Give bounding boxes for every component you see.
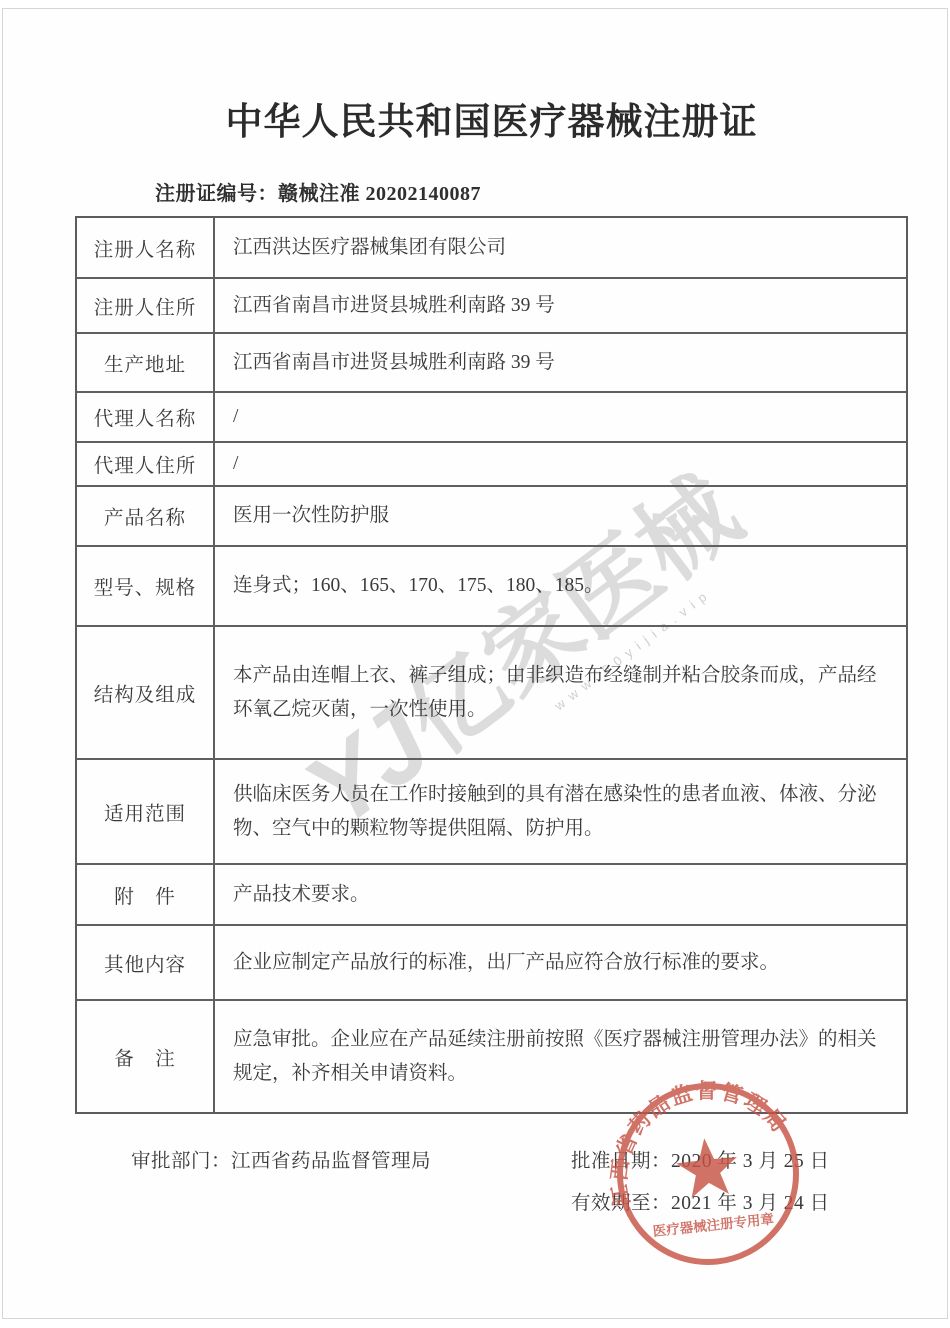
row-attachment: 附 件 产品技术要求。 xyxy=(77,865,906,926)
field-label: 代理人住所 xyxy=(77,443,215,485)
field-label: 注册人住所 xyxy=(77,279,215,332)
field-label: 附 件 xyxy=(77,865,215,924)
field-value: 医用一次性防护服 xyxy=(215,487,906,545)
field-value: / xyxy=(215,443,906,485)
row-model-spec: 型号、规格 连身式；160、165、170、175、180、185。 xyxy=(77,547,906,627)
field-value: 本产品由连帽上衣、裤子组成；由非织造布经缝制并粘合胶条而成，产品经环氧乙烷灭菌，… xyxy=(215,627,906,758)
certificate-page: 中华人民共和国医疗器械注册证 注册证编号：赣械注准 20202140087 YJ… xyxy=(2,8,948,1319)
field-label: 型号、规格 xyxy=(77,547,215,625)
field-value: 产品技术要求。 xyxy=(215,865,906,924)
field-label: 备 注 xyxy=(77,1001,215,1112)
row-scope-of-application: 适用范围 供临床医务人员在工作时接触到的具有潜在感染性的患者血液、体液、分泌物、… xyxy=(77,760,906,865)
field-label: 注册人名称 xyxy=(77,218,215,277)
official-seal: 江西省药品监督管理局 医疗器械注册专用章 xyxy=(594,1060,823,1289)
field-value: 供临床医务人员在工作时接触到的具有潜在感染性的患者血液、体液、分泌物、空气中的颗… xyxy=(215,760,906,863)
field-value: 江西省南昌市进贤县城胜利南路 39 号 xyxy=(215,279,906,332)
registration-number-value: 赣械注准 20202140087 xyxy=(278,183,481,205)
field-value: 江西洪达医疗器械集团有限公司 xyxy=(215,218,906,277)
row-production-address: 生产地址 江西省南昌市进贤县城胜利南路 39 号 xyxy=(77,334,906,393)
field-label: 产品名称 xyxy=(77,487,215,545)
field-value: / xyxy=(215,393,906,441)
field-label: 生产地址 xyxy=(77,334,215,391)
row-other-content: 其他内容 企业应制定产品放行的标准，出厂产品应符合放行标准的要求。 xyxy=(77,926,906,1001)
certificate-table: 注册人名称 江西洪达医疗器械集团有限公司 注册人住所 江西省南昌市进贤县城胜利南… xyxy=(75,216,908,1114)
field-value: 江西省南昌市进贤县城胜利南路 39 号 xyxy=(215,334,906,391)
field-label: 结构及组成 xyxy=(77,627,215,758)
field-label: 代理人名称 xyxy=(77,393,215,441)
page-title: 中华人民共和国医疗器械注册证 xyxy=(75,91,908,145)
field-value: 企业应制定产品放行的标准，出厂产品应符合放行标准的要求。 xyxy=(215,926,906,999)
registration-number: 注册证编号：赣械注准 20202140087 xyxy=(155,177,481,206)
registration-number-label: 注册证编号： xyxy=(155,183,278,205)
approval-department-label: 审批部门： xyxy=(131,1151,231,1172)
row-product-name: 产品名称 医用一次性防护服 xyxy=(77,487,906,547)
field-label: 其他内容 xyxy=(77,926,215,999)
row-structure-composition: 结构及组成 本产品由连帽上衣、裤子组成；由非织造布经缝制并粘合胶条而成，产品经环… xyxy=(77,627,906,760)
field-value: 连身式；160、165、170、175、180、185。 xyxy=(215,547,906,625)
approval-department: 审批部门：江西省药品监督管理局 xyxy=(131,1145,431,1173)
row-registrant-address: 注册人住所 江西省南昌市进贤县城胜利南路 39 号 xyxy=(77,279,906,334)
row-agent-address: 代理人住所 / xyxy=(77,443,906,487)
seal-type-text: 医疗器械注册专用章 xyxy=(652,1210,775,1239)
row-registrant-name: 注册人名称 江西洪达医疗器械集团有限公司 xyxy=(77,218,906,279)
seal-star-icon xyxy=(674,1135,741,1199)
field-label: 适用范围 xyxy=(77,760,215,863)
row-agent-name: 代理人名称 / xyxy=(77,393,906,443)
approval-department-value: 江西省药品监督管理局 xyxy=(231,1151,431,1172)
